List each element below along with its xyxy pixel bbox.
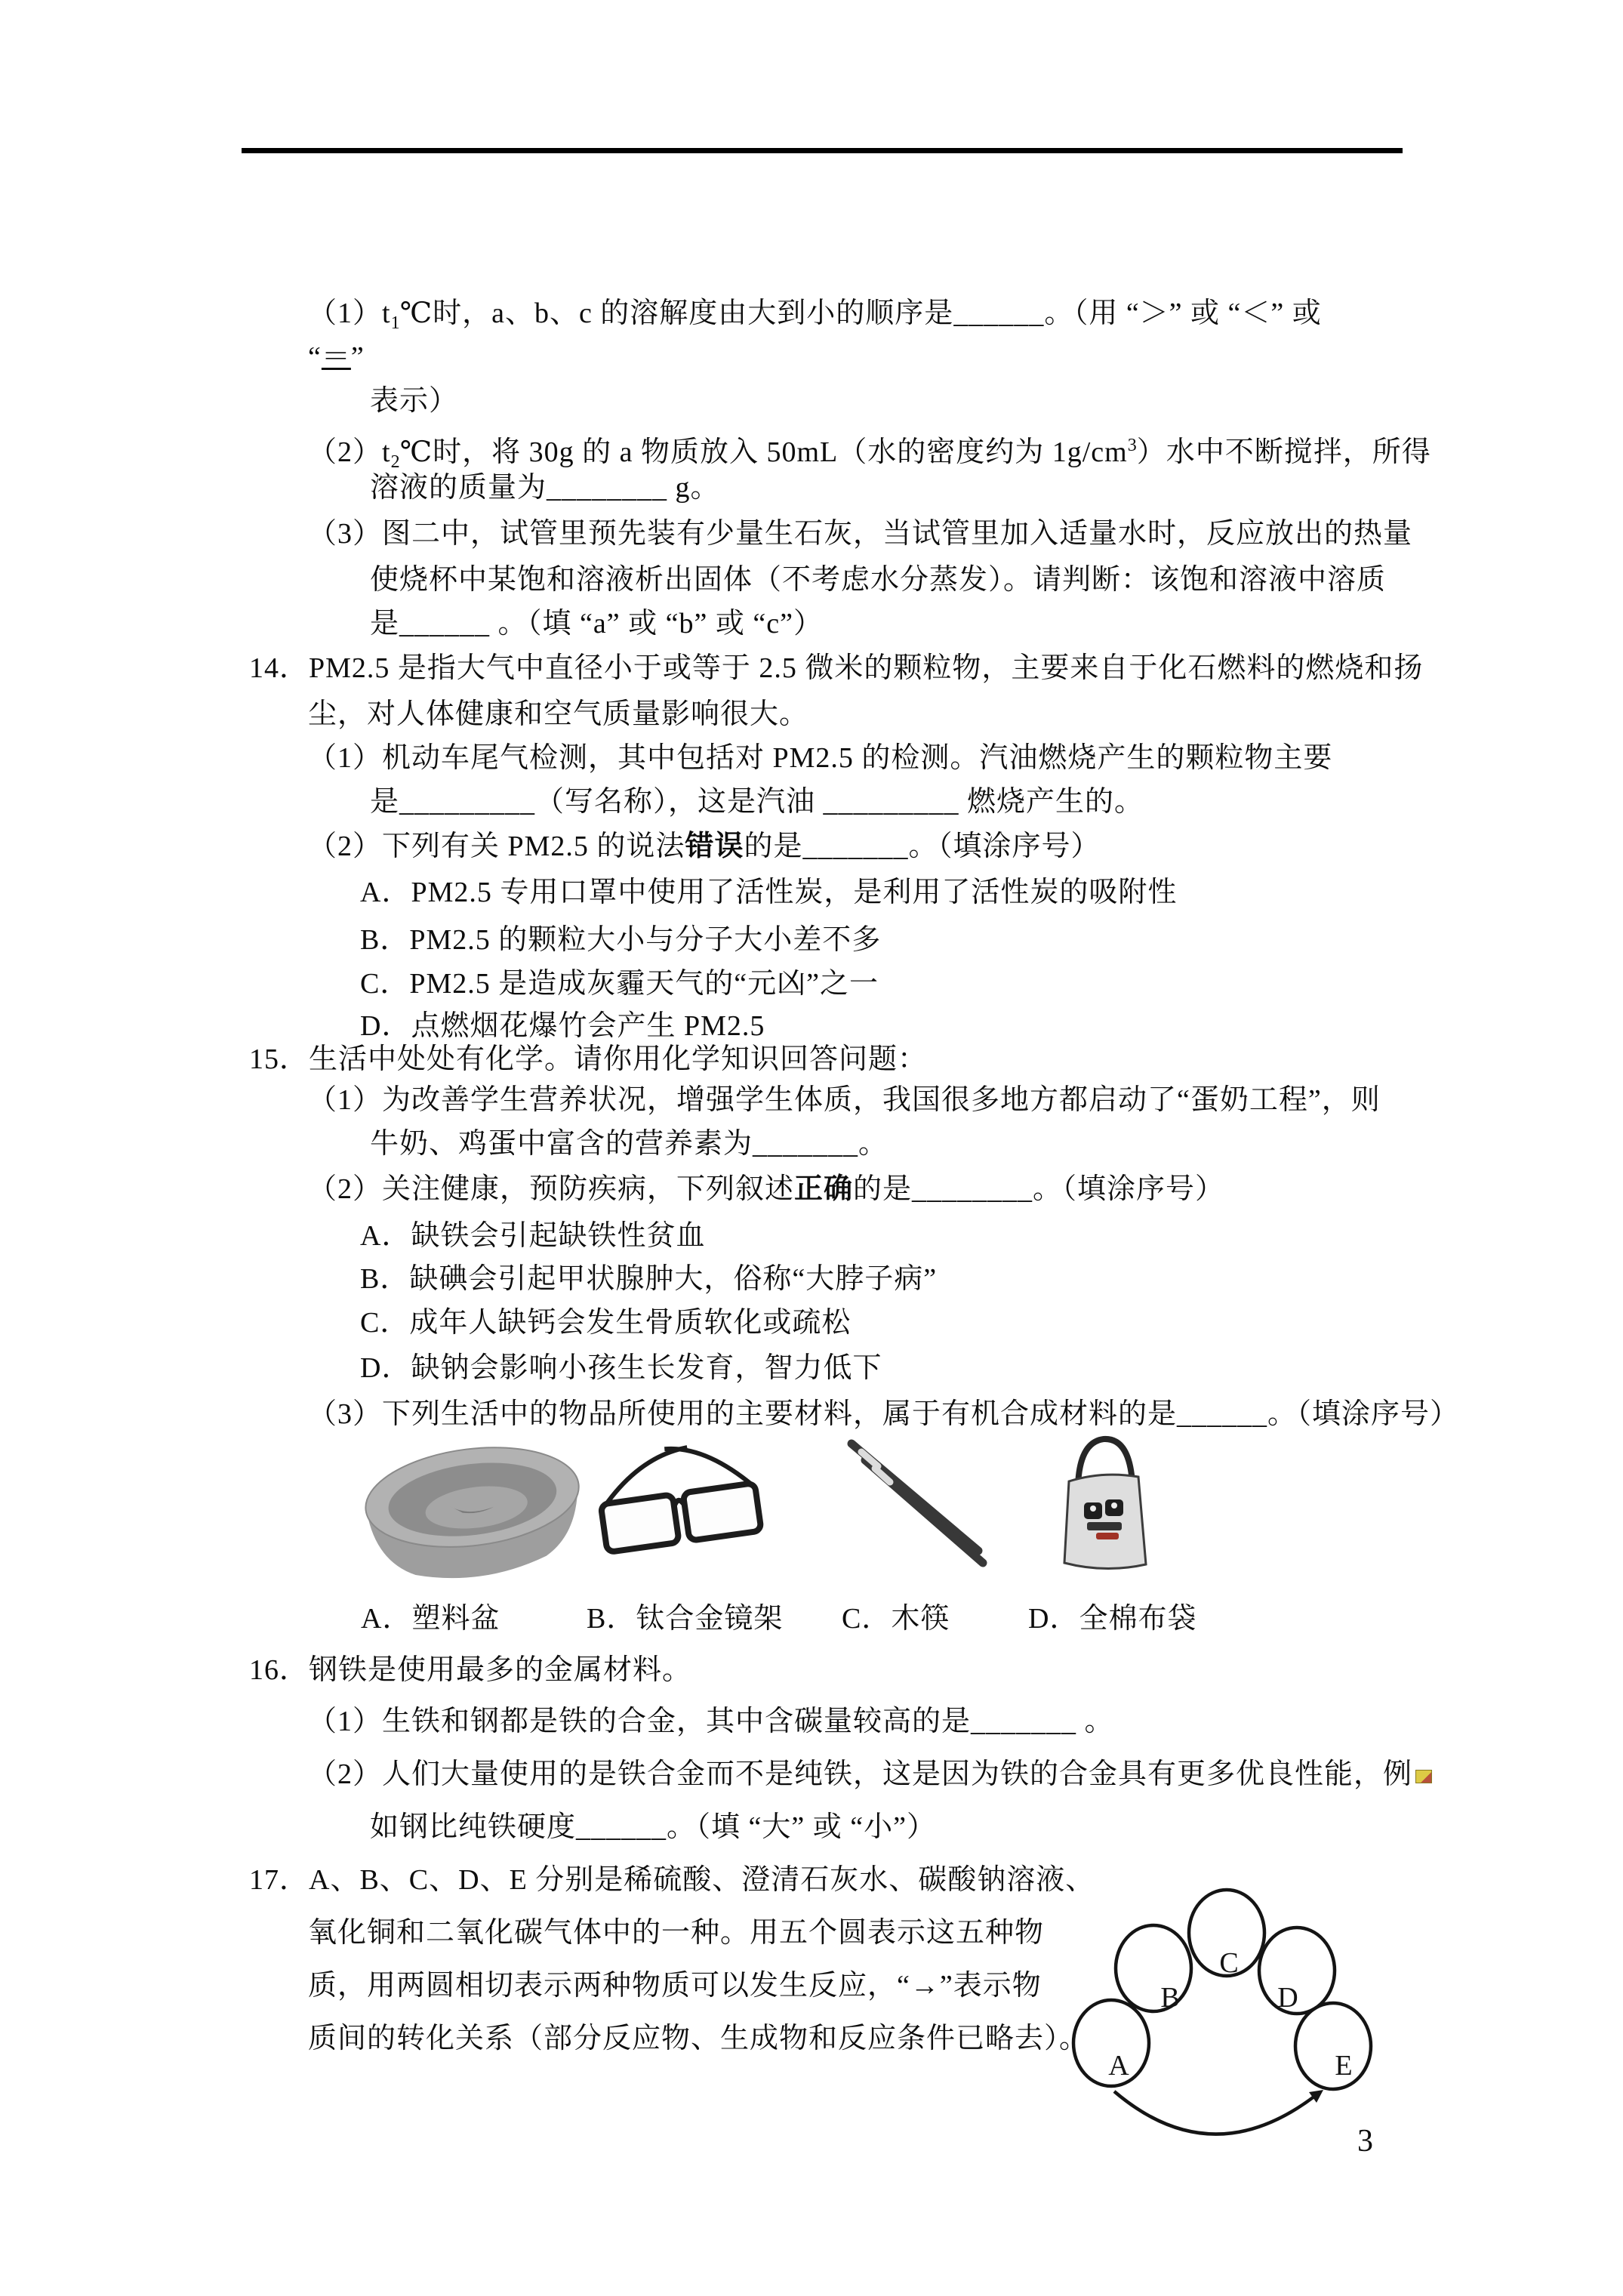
text-line: 14．PM2.5 是指大气中直径小于或等于 2.5 微米的颗粒物，主要来自于化石… — [249, 649, 1423, 687]
text-segment: 。（用 “＞” 或 “＜” 或 — [1044, 297, 1321, 329]
answer-blank: ________ — [912, 1173, 1033, 1205]
answer-blank: _________ — [824, 786, 959, 818]
annotation-mark-icon — [1415, 1770, 1432, 1783]
figure-objects — [302, 1427, 1359, 1604]
text-segment: 尘，对人体健康和空气质量影响很大。 — [308, 698, 808, 730]
text-segment: 。（填涂序号） — [1267, 1398, 1459, 1430]
text-line: 16．钢铁是使用最多的金属材料。 — [249, 1651, 691, 1689]
text-line: A．缺铁会引起缺铁性贫血 — [360, 1217, 705, 1255]
text-line: C．PM2.5 是造成灰霾天气的“元凶”之一 — [360, 965, 879, 1003]
figure-caption: D．全棉布袋 — [1028, 1601, 1196, 1637]
answer-blank: _________ — [399, 786, 535, 818]
text-segment: ℃时，a、b、c 的溶解度由大到小的顺序是 — [400, 297, 954, 329]
text-segment: 17．A、B、C、D、E 分别是稀硫酸、澄清石灰水、碳酸钠溶液、 — [249, 1864, 1095, 1896]
text-segment: （3）图二中，试管里预先装有少量生石灰，当试管里加入适量水时，反应放出的热量 — [308, 518, 1412, 550]
text-line: 15．生活中处处有化学。请你用化学知识回答问题： — [249, 1040, 927, 1078]
a-to-e-arrow — [1114, 2091, 1315, 2134]
text-segment: 使烧杯中某饱和溶液析出固体（不考虑水分蒸发）。请判断：该饱和溶液中溶质 — [370, 564, 1386, 596]
text-segment: A．缺铁会引起缺铁性贫血 — [360, 1220, 705, 1252]
circle-e — [1295, 2003, 1371, 2089]
text-segment: 。（填 “大” 或 “小”） — [667, 1811, 936, 1843]
text-segment: 是 — [370, 608, 399, 639]
text-segment: （1）生铁和钢都是铁的合金，其中含碳量较高的是 — [308, 1706, 971, 1737]
figure-caption: B．钛合金镜架 — [587, 1601, 783, 1637]
text-line: （1）生铁和钢都是铁的合金，其中含碳量较高的是_______ 。 — [308, 1703, 1114, 1740]
text-segment: （1）为改善学生营养状况，增强学生体质，我国很多地方都启动了“蛋奶工程”，则 — [308, 1084, 1381, 1116]
text-segment: 16．钢铁是使用最多的金属材料。 — [249, 1654, 691, 1686]
text-segment: 1 — [391, 313, 400, 333]
text-line: 溶液的质量为________ g。 — [370, 469, 720, 507]
figure-caption: A．塑料盆 — [361, 1601, 500, 1637]
answer-blank: _______ — [971, 1706, 1076, 1737]
text-line: A．PM2.5 专用口罩中使用了活性炭，是利用了活性炭的吸附性 — [360, 874, 1177, 911]
circle-a-label: A — [1108, 2050, 1129, 2082]
cotton-bag-image — [1064, 1439, 1146, 1569]
text-segment: 。 — [1076, 1706, 1114, 1737]
text-line: 是______ 。（填 “a” 或 “b” 或 “c”） — [370, 605, 823, 643]
text-segment: （2）人们大量使用的是铁合金而不是纯铁，这是因为铁的合金具有更多优良性能，例 — [308, 1758, 1412, 1790]
text-segment: A．PM2.5 专用口罩中使用了活性炭，是利用了活性炭的吸附性 — [360, 877, 1177, 908]
circle-c-label: C — [1219, 1947, 1238, 1979]
text-segment: 牛奶、鸡蛋中富含的营养素为 — [370, 1128, 753, 1160]
answer-blank: ______ — [576, 1811, 667, 1843]
text-segment: 表示） — [370, 385, 458, 417]
text-segment: 。（填 “a” 或 “b” 或 “c”） — [490, 608, 823, 639]
text-segment: （1）机动车尾气检测，其中包括对 PM2.5 的检测。汽油燃烧产生的颗粒物主要 — [308, 742, 1332, 774]
text-segment: ）水中不断搅拌，所得 — [1137, 436, 1431, 468]
text-segment: （2）t — [308, 436, 391, 468]
text-segment: D．缺钠会影响小孩生长发育，智力低下 — [360, 1352, 882, 1384]
relation-diagram: A B C D E — [1057, 1872, 1404, 2205]
text-segment: （1）t — [308, 297, 391, 329]
glasses-image — [594, 1438, 761, 1552]
text-line: （1）机动车尾气检测，其中包括对 PM2.5 的检测。汽油燃烧产生的颗粒物主要 — [308, 739, 1332, 777]
text-segment: “ — [308, 341, 322, 373]
text-segment: ＝ — [322, 341, 351, 373]
text-segment: （2）下列有关 PM2.5 的说法 — [308, 831, 685, 862]
text-segment: ” — [351, 341, 365, 373]
text-segment: 。 — [858, 1128, 888, 1160]
text-segment: 氧化铜和二氧化碳气体中的一种。用五个圆表示这五种物 — [308, 1917, 1044, 1949]
text-segment: 如钢比纯铁硬度 — [370, 1811, 576, 1843]
text-segment: （3）下列生活中的物品所使用的主要材料，属于有机合成材料的是 — [308, 1398, 1177, 1430]
text-line: 氧化铜和二氧化碳气体中的一种。用五个圆表示这五种物 — [308, 1914, 1044, 1952]
text-segment: 溶液的质量为 — [370, 472, 547, 504]
text-line: （2）人们大量使用的是铁合金而不是纯铁，这是因为铁的合金具有更多优良性能，例 — [308, 1755, 1432, 1793]
text-segment: 正确 — [794, 1173, 853, 1205]
circle-e-label: E — [1335, 2050, 1352, 2082]
text-line: 17．A、B、C、D、E 分别是稀硫酸、澄清石灰水、碳酸钠溶液、 — [249, 1861, 1095, 1899]
text-line: 牛奶、鸡蛋中富含的营养素为_______。 — [370, 1125, 888, 1163]
exam-paper-page: （1）t1℃时，a、b、c 的溶解度由大到小的顺序是______。（用 “＞” … — [0, 0, 1623, 2296]
text-line: 如钢比纯铁硬度______。（填 “大” 或 “小”） — [370, 1808, 936, 1846]
text-line: B．PM2.5 的颗粒大小与分子大小差不多 — [360, 921, 881, 959]
text-segment: B．缺碘会引起甲状腺肿大，俗称“大脖子病” — [360, 1263, 937, 1295]
text-line: B．缺碘会引起甲状腺肿大，俗称“大脖子病” — [360, 1260, 937, 1298]
answer-blank: _______ — [753, 1128, 858, 1160]
text-segment: （2）关注健康，预防疾病，下列叙述 — [308, 1173, 794, 1205]
text-segment: 。（填涂序号） — [908, 831, 1100, 862]
text-line: （3）图二中，试管里预先装有少量生石灰，当试管里加入适量水时，反应放出的热量 — [308, 515, 1412, 553]
text-segment: （写名称），这是汽油 — [535, 786, 824, 818]
text-segment: 质间的转化关系（部分反应物、生成物和反应条件已略去）。 — [308, 2023, 1089, 2054]
text-line: 质间的转化关系（部分反应物、生成物和反应条件已略去）。 — [308, 2020, 1089, 2057]
text-segment: 的是 — [744, 831, 802, 862]
text-line: C．成年人缺钙会发生骨质软化或疏松 — [360, 1304, 851, 1342]
text-segment: 质，用两圆相切表示两种物质可以发生反应，“→”表示物 — [308, 1970, 1042, 2002]
text-line: 使烧杯中某饱和溶液析出固体（不考虑水分蒸发）。请判断：该饱和溶液中溶质 — [370, 561, 1386, 599]
text-segment: C．成年人缺钙会发生骨质软化或疏松 — [360, 1307, 851, 1339]
figure-caption: C．木筷 — [842, 1601, 950, 1637]
text-line: （2）下列有关 PM2.5 的说法错误的是_______。（填涂序号） — [308, 827, 1100, 865]
text-segment: 3 — [1128, 436, 1137, 455]
text-line: 尘，对人体健康和空气质量影响很大。 — [308, 695, 808, 733]
text-segment: 的是 — [853, 1173, 912, 1205]
text-line: （2）关注健康，预防疾病，下列叙述正确的是________。（填涂序号） — [308, 1170, 1224, 1208]
page-number: 3 — [1357, 2123, 1373, 2159]
text-line: （1）为改善学生营养状况，增强学生体质，我国很多地方都启动了“蛋奶工程”，则 — [308, 1081, 1381, 1119]
answer-blank: ______ — [953, 297, 1044, 329]
answer-blank: ______ — [399, 608, 490, 639]
text-line: 是_________（写名称），这是汽油 _________ 燃烧产生的。 — [370, 783, 1144, 821]
chopsticks-image — [852, 1444, 983, 1563]
answer-blank: _______ — [802, 831, 908, 862]
text-segment: g。 — [667, 472, 720, 504]
plastic-basin-image — [360, 1436, 588, 1589]
text-segment: 是 — [370, 786, 399, 818]
text-line: （1）t1℃时，a、b、c 的溶解度由大到小的顺序是______。（用 “＞” … — [308, 294, 1322, 342]
text-line: 质，用两圆相切表示两种物质可以发生反应，“→”表示物 — [308, 1967, 1042, 2005]
text-line: D．点燃烟花爆竹会产生 PM2.5 — [360, 1007, 765, 1045]
text-line: 表示） — [370, 382, 458, 420]
text-segment: D．点燃烟花爆竹会产生 PM2.5 — [360, 1010, 765, 1042]
text-line: “＝” — [308, 338, 365, 376]
text-segment: 燃烧产生的。 — [959, 786, 1144, 818]
text-segment: 15．生活中处处有化学。请你用化学知识回答问题： — [249, 1043, 927, 1075]
header-rule — [242, 148, 1403, 153]
circle-b — [1116, 1925, 1191, 2011]
text-segment: C．PM2.5 是造成灰霾天气的“元凶”之一 — [360, 968, 879, 1000]
answer-blank: ______ — [1177, 1398, 1267, 1430]
circle-b-label: B — [1160, 1982, 1179, 2014]
text-segment: ℃时，将 30g 的 a 物质放入 50mL（水的密度约为 1g/cm — [400, 436, 1128, 468]
answer-blank: ________ — [547, 472, 667, 504]
text-segment: B．PM2.5 的颗粒大小与分子大小差不多 — [360, 924, 881, 956]
text-segment: 。（填涂序号） — [1033, 1173, 1224, 1205]
text-line: D．缺钠会影响小孩生长发育，智力低下 — [360, 1349, 882, 1387]
text-segment: 错误 — [685, 831, 744, 862]
circle-d-label: D — [1277, 1982, 1298, 2014]
text-segment: 14．PM2.5 是指大气中直径小于或等于 2.5 微米的颗粒物，主要来自于化石… — [249, 652, 1423, 684]
